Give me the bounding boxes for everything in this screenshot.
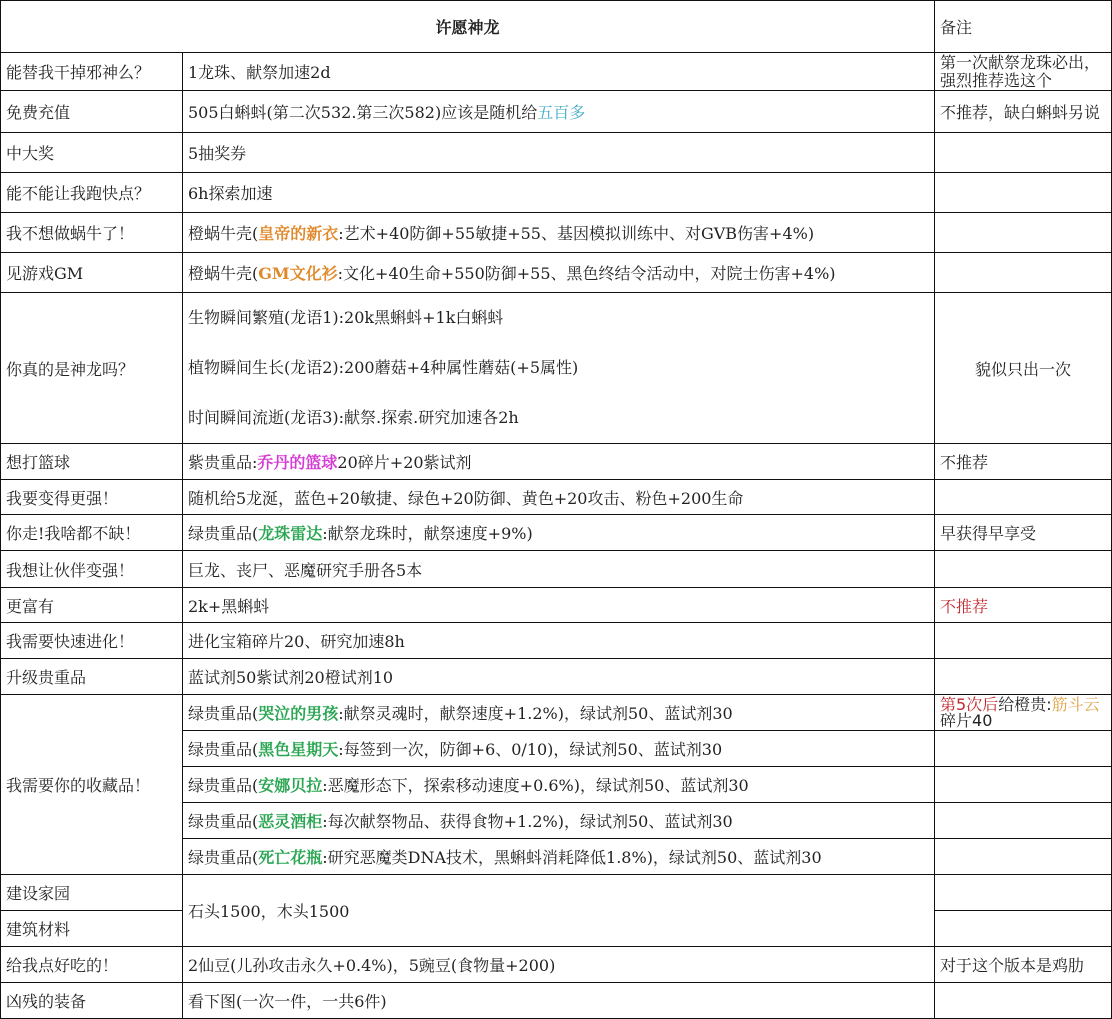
wish-reward: 505白蝌蚪(第二次532.第三次582)应该是随机给五百多 — [183, 91, 935, 133]
reward-highlight: 哭泣的男孩 — [258, 704, 338, 723]
wish-question: 我需要快速进化！ — [1, 623, 183, 659]
wish-reward: 橙蜗牛壳(皇帝的新衣:艺术+40防御+55敏捷+55、基因模拟训练中、对GVB伤… — [183, 213, 935, 253]
wish-reward: 生物瞬间繁殖(龙语1):20k黑蝌蚪+1k白蝌蚪 植物瞬间生长(龙语2):200… — [183, 293, 935, 444]
wish-note: 不推荐，缺白蝌蚪另说 — [935, 91, 1112, 133]
wish-note — [935, 767, 1112, 803]
wish-note — [935, 133, 1112, 173]
reward-text: 20碎片+20紫试剂 — [337, 453, 471, 472]
table-row: 我需要你的收藏品！ 绿贵重品(哭泣的男孩:献祭灵魂时，献祭速度+1.2%)，绿试… — [1, 695, 1112, 731]
table-row: 我想让伙伴变强！ 巨龙、丧尸、恶魔研究手册各5本 — [1, 551, 1112, 588]
wish-note: 第5次后给橙贵:筋斗云碎片40 — [935, 695, 1112, 731]
wish-note: 不推荐 — [935, 444, 1112, 480]
table-row: 我不想做蜗牛了！ 橙蜗牛壳(皇帝的新衣:艺术+40防御+55敏捷+55、基因模拟… — [1, 213, 1112, 253]
reward-text: 橙蜗牛壳( — [188, 264, 258, 283]
table-row: 想打篮球 紫贵重品:乔丹的篮球20碎片+20紫试剂 不推荐 — [1, 444, 1112, 480]
wish-note — [935, 731, 1112, 767]
header-row: 许愿神龙 备注 — [1, 1, 1112, 53]
wish-reward: 橙蜗牛壳(GM文化衫:文化+40生命+550防御+55、黑色终结令活动中，对院士… — [183, 253, 935, 293]
reward-highlight: GM文化衫 — [258, 264, 337, 283]
wish-note — [935, 213, 1112, 253]
note-header: 备注 — [935, 1, 1112, 53]
wish-note — [935, 803, 1112, 839]
wish-note — [935, 253, 1112, 293]
note-text: 给橙贵: — [998, 695, 1051, 714]
table-row: 给我点好吃的！ 2仙豆(儿孙攻击永久+0.4%)，5豌豆(食物量+200) 对于… — [1, 947, 1112, 983]
table-row: 我需要快速进化！ 进化宝箱碎片20、研究加速8h — [1, 623, 1112, 659]
wish-reward: 1龙珠、献祭加速2d — [183, 53, 935, 91]
table-row: 免费充值 505白蝌蚪(第二次532.第三次582)应该是随机给五百多 不推荐，… — [1, 91, 1112, 133]
wish-question: 我要变得更强！ — [1, 480, 183, 515]
wish-question: 你真的是神龙吗？ — [1, 293, 183, 444]
wish-note — [935, 911, 1112, 947]
wish-reward: 进化宝箱碎片20、研究加速8h — [183, 623, 935, 659]
wish-reward: 绿贵重品(死亡花瓶:研究恶魔类DNA技术，黑蝌蚪消耗降低1.8%)，绿试剂50、… — [183, 839, 935, 875]
reward-highlight: 恶灵酒柜 — [258, 812, 322, 831]
reward-text: :研究恶魔类DNA技术，黑蝌蚪消耗降低1.8%)，绿试剂50、蓝试剂30 — [322, 848, 821, 867]
reward-text: 绿贵重品( — [188, 812, 258, 831]
reward-text: :每签到一次，防御+6、0/10)，绿试剂50、蓝试剂30 — [338, 740, 722, 759]
table-row: 建设家园 石头1500，木头1500 — [1, 875, 1112, 911]
wish-reward: 石头1500，木头1500 — [183, 875, 935, 947]
wish-note — [935, 623, 1112, 659]
wish-question: 建筑材料 — [1, 911, 183, 947]
table-row: 升级贵重品 蓝试剂50紫试剂20橙试剂10 — [1, 659, 1112, 695]
reward-text: 紫贵重品: — [188, 453, 257, 472]
wish-question: 想打篮球 — [1, 444, 183, 480]
wish-reward: 2k+黑蝌蚪 — [183, 588, 935, 623]
wish-reward: 绿贵重品(安娜贝拉:恶魔形态下，探索移动速度+0.6%)，绿试剂50、蓝试剂30 — [183, 767, 935, 803]
reward-text: :恶魔形态下，探索移动速度+0.6%)，绿试剂50、蓝试剂30 — [322, 776, 748, 795]
wish-note — [935, 173, 1112, 213]
wish-note: 第一次献祭龙珠必出，强烈推荐选这个 — [935, 53, 1112, 91]
wish-question: 能替我干掉邪神么？ — [1, 53, 183, 91]
wish-question: 我不想做蜗牛了！ — [1, 213, 183, 253]
reward-text: 绿贵重品( — [188, 524, 258, 543]
reward-highlight: 黑色星期天 — [258, 740, 338, 759]
reward-text: 绿贵重品( — [188, 848, 258, 867]
wish-reward: 绿贵重品(龙珠雷达:献祭龙珠时，献祭速度+9%) — [183, 515, 935, 551]
wish-note — [935, 480, 1112, 515]
note-highlight: 筋斗云 — [1052, 695, 1100, 714]
wish-question: 给我点好吃的！ — [1, 947, 183, 983]
table-row: 能替我干掉邪神么？ 1龙珠、献祭加速2d 第一次献祭龙珠必出，强烈推荐选这个 — [1, 53, 1112, 91]
wish-note: 不推荐 — [935, 588, 1112, 623]
wish-question: 建设家园 — [1, 875, 183, 911]
wish-reward: 绿贵重品(恶灵酒柜:每次献祭物品、获得食物+1.2%)，绿试剂50、蓝试剂30 — [183, 803, 935, 839]
wish-question: 中大奖 — [1, 133, 183, 173]
wish-reward: 紫贵重品:乔丹的篮球20碎片+20紫试剂 — [183, 444, 935, 480]
table-row: 你真的是神龙吗？ 生物瞬间繁殖(龙语1):20k黑蝌蚪+1k白蝌蚪 植物瞬间生长… — [1, 293, 1112, 444]
reward-text: 绿贵重品( — [188, 740, 258, 759]
table-row: 凶残的装备 看下图(一次一件，一共6件) — [1, 983, 1112, 1019]
wish-question: 我想让伙伴变强！ — [1, 551, 183, 588]
wish-question: 你走!我啥都不缺！ — [1, 515, 183, 551]
reward-text: 绿贵重品( — [188, 776, 258, 795]
wish-reward: 巨龙、丧尸、恶魔研究手册各5本 — [183, 551, 935, 588]
reward-text: :艺术+40防御+55敏捷+55、基因模拟训练中、对GVB伤害+4%) — [338, 224, 814, 243]
table-row: 更富有 2k+黑蝌蚪 不推荐 — [1, 588, 1112, 623]
wish-note — [935, 983, 1112, 1019]
reward-text: :每次献祭物品、获得食物+1.2%)，绿试剂50、蓝试剂30 — [322, 812, 732, 831]
reward-text: 绿贵重品( — [188, 704, 258, 723]
wish-question: 更富有 — [1, 588, 183, 623]
wish-note: 对于这个版本是鸡肋 — [935, 947, 1112, 983]
table-row: 中大奖 5抽奖券 — [1, 133, 1112, 173]
reward-highlight: 龙珠雷达 — [258, 524, 322, 543]
wish-note — [935, 839, 1112, 875]
wish-reward: 绿贵重品(哭泣的男孩:献祭灵魂时，献祭速度+1.2%)，绿试剂50、蓝试剂30 — [183, 695, 935, 731]
wish-reward: 随机给5龙涎，蓝色+20敏捷、绿色+20防御、黄色+20攻击、粉色+200生命 — [183, 480, 935, 515]
wish-note — [935, 875, 1112, 911]
wish-note — [935, 659, 1112, 695]
wish-note: 貌似只出一次 — [935, 293, 1112, 444]
reward-text: 505白蝌蚪(第二次532.第三次582)应该是随机给 — [188, 103, 537, 122]
reward-highlight: 死亡花瓶 — [258, 848, 322, 867]
wish-reward: 6h探索加速 — [183, 173, 935, 213]
table-row: 你走!我啥都不缺！ 绿贵重品(龙珠雷达:献祭龙珠时，献祭速度+9%) 早获得早享… — [1, 515, 1112, 551]
wish-reward: 2仙豆(儿孙攻击永久+0.4%)，5豌豆(食物量+200) — [183, 947, 935, 983]
reward-text: :文化+40生命+550防御+55、黑色终结令活动中，对院士伤害+4%) — [338, 264, 836, 283]
wish-dragon-table: 许愿神龙 备注 能替我干掉邪神么？ 1龙珠、献祭加速2d 第一次献祭龙珠必出，强… — [0, 0, 1112, 1018]
wish-reward: 看下图(一次一件，一共6件) — [183, 983, 935, 1019]
reward-text: 橙蜗牛壳( — [188, 224, 258, 243]
wish-note — [935, 551, 1112, 588]
reward-text: :献祭灵魂时，献祭速度+1.2%)，绿试剂50、蓝试剂30 — [338, 704, 732, 723]
reward-line: 时间瞬间流逝(龙语3):献祭.探索.研究加速各2h — [188, 393, 929, 443]
wish-question: 能不能让我跑快点？ — [1, 173, 183, 213]
note-text: 碎片40 — [940, 711, 992, 730]
wish-question: 凶残的装备 — [1, 983, 183, 1019]
reward-line: 生物瞬间繁殖(龙语1):20k黑蝌蚪+1k白蝌蚪 — [188, 293, 929, 343]
reward-highlight: 皇帝的新衣 — [258, 224, 338, 243]
wish-question: 免费充值 — [1, 91, 183, 133]
wish-question: 见游戏GM — [1, 253, 183, 293]
table-title: 许愿神龙 — [1, 1, 935, 53]
wish-question: 我需要你的收藏品！ — [1, 695, 183, 875]
table-row: 能不能让我跑快点？ 6h探索加速 — [1, 173, 1112, 213]
wish-reward: 绿贵重品(黑色星期天:每签到一次，防御+6、0/10)，绿试剂50、蓝试剂30 — [183, 731, 935, 767]
wish-question: 升级贵重品 — [1, 659, 183, 695]
table-row: 我要变得更强！ 随机给5龙涎，蓝色+20敏捷、绿色+20防御、黄色+20攻击、粉… — [1, 480, 1112, 515]
reward-highlight: 安娜贝拉 — [258, 776, 322, 795]
reward-highlight: 乔丹的篮球 — [257, 453, 337, 472]
wish-reward: 蓝试剂50紫试剂20橙试剂10 — [183, 659, 935, 695]
wish-note: 早获得早享受 — [935, 515, 1112, 551]
reward-highlight: 五百多 — [537, 103, 585, 122]
reward-line: 植物瞬间生长(龙语2):200蘑菇+4种属性蘑菇(+5属性) — [188, 343, 929, 393]
reward-text: :献祭龙珠时，献祭速度+9%) — [322, 524, 532, 543]
table-row: 见游戏GM 橙蜗牛壳(GM文化衫:文化+40生命+550防御+55、黑色终结令活… — [1, 253, 1112, 293]
wish-reward: 5抽奖券 — [183, 133, 935, 173]
